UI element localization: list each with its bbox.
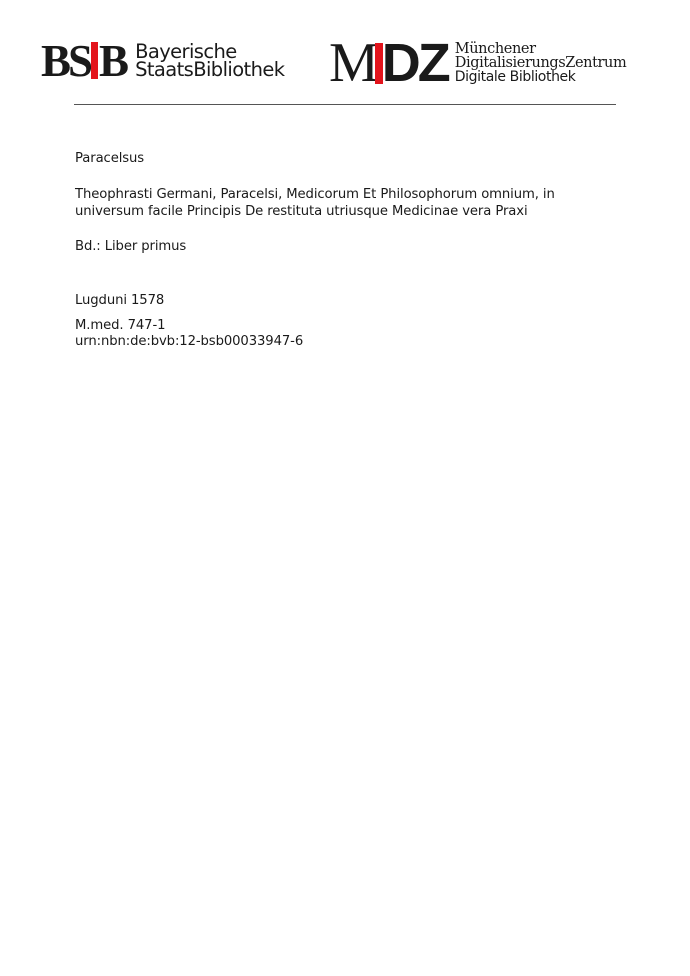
mdz-logo-mark: M DZ bbox=[329, 41, 448, 85]
mdz-mark-m: M bbox=[329, 41, 377, 85]
bsb-logo: BS B Bayerische StaatsBibliothek bbox=[41, 42, 284, 80]
mdz-logo: M DZ Münchener DigitalisierungsZentrum D… bbox=[329, 40, 626, 86]
record-metadata: Paracelsus Theophrasti Germani, Paracels… bbox=[75, 150, 595, 350]
bsb-name-line2: StaatsBibliothek bbox=[135, 61, 284, 79]
mdz-line1: Münchener bbox=[455, 42, 627, 56]
mdz-mark-dz: DZ bbox=[382, 41, 448, 85]
mdz-line2: DigitalisierungsZentrum bbox=[455, 56, 627, 70]
bsb-logo-text: Bayerische StaatsBibliothek bbox=[135, 43, 284, 79]
bsb-logo-mark: BS B bbox=[41, 42, 126, 80]
bsb-mark-b: B bbox=[99, 42, 126, 80]
header-divider bbox=[74, 104, 616, 105]
red-bar-icon bbox=[91, 42, 98, 79]
mdz-line3: Digitale Bibliothek bbox=[455, 70, 627, 85]
volume: Bd.: Liber primus bbox=[75, 238, 595, 256]
author: Paracelsus bbox=[75, 150, 595, 168]
title-line2: universum facile Principis De restituta … bbox=[75, 204, 528, 219]
shelfmark: M.med. 747-1 bbox=[75, 318, 595, 334]
place-year: Lugduni 1578 bbox=[75, 292, 595, 310]
bsb-mark-bs: BS bbox=[41, 42, 90, 80]
title: Theophrasti Germani, Paracelsi, Medicoru… bbox=[75, 186, 595, 220]
mdz-logo-text: Münchener DigitalisierungsZentrum Digita… bbox=[455, 42, 627, 85]
title-line1: Theophrasti Germani, Paracelsi, Medicoru… bbox=[75, 187, 555, 202]
urn: urn:nbn:de:bvb:12-bsb00033947-6 bbox=[75, 334, 595, 350]
